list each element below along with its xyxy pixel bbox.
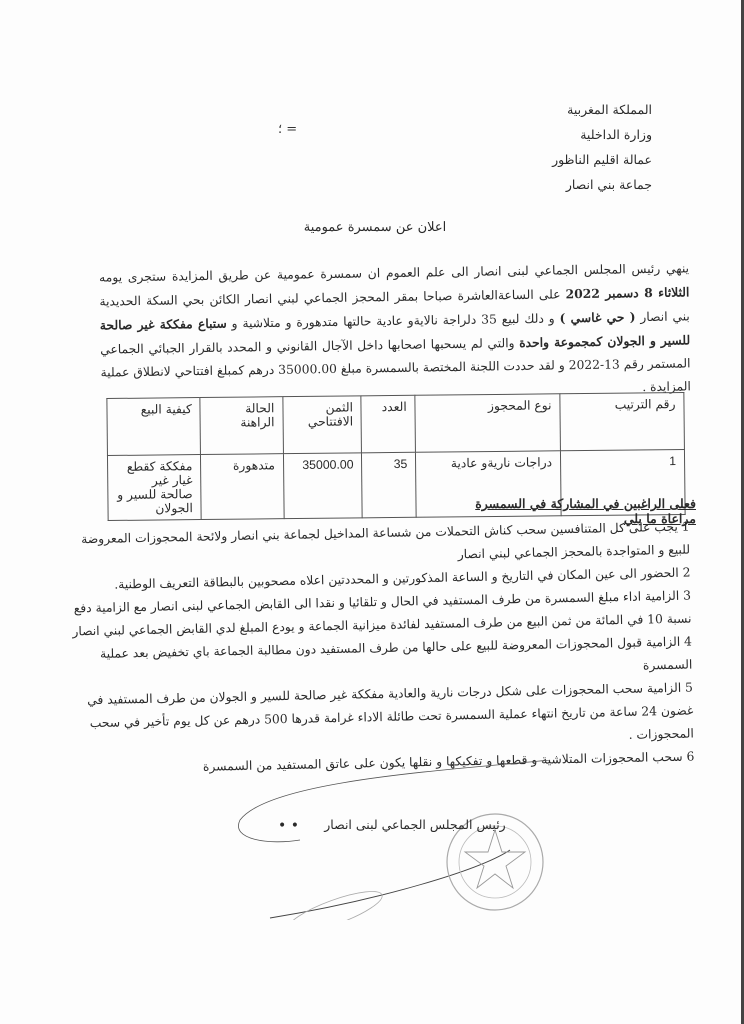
signature-dots: • • xyxy=(278,818,299,834)
document-title: اعلان عن سمسرة عمومية xyxy=(280,220,470,235)
conditions-list: 1 يجب على كل المتنافسين سحب كناش التحملا… xyxy=(69,516,694,782)
header-line-kingdom: المملكة المغربية xyxy=(432,97,652,122)
cell-condition: متدهورة xyxy=(201,454,284,520)
table-header-row: رقم الترتيب نوع المحجوز العدد الثمن الاف… xyxy=(107,392,685,455)
col-rank: رقم الترتيب xyxy=(560,392,685,450)
col-type: نوع المحجوز xyxy=(415,394,560,453)
intro-paragraph: ينهي رئيس المجلس الجماعي لبنى انصار الى … xyxy=(99,257,691,407)
cell-sale-method: مفككة كقطع غيار غير صالحة للسير و الجولا… xyxy=(107,455,201,521)
col-count: العدد xyxy=(361,395,415,453)
header-marks: ؛ = xyxy=(278,122,297,137)
col-condition: الحالة الراهنة xyxy=(200,397,283,455)
condition-item: 5 الزامية سحب المحجوزات على شكل درجات نا… xyxy=(73,677,694,759)
cell-count: 35 xyxy=(362,452,416,518)
intro-text-3: و دلك لبيع 35 دلراجة نالايةو عادية حالته… xyxy=(227,311,560,330)
header-line-ministry: وزارة الداخلية xyxy=(432,122,652,147)
district-name: ( حي غاسي ) xyxy=(559,309,635,325)
col-sale-method: كيفية البيع xyxy=(107,398,201,456)
scanned-document-page: المملكة المغربية وزارة الداخلية عمالة اق… xyxy=(0,0,744,1024)
intro-text-1: ينهي رئيس المجلس الجماعي لبنى انصار الى … xyxy=(99,261,689,284)
signature-title: رئيس المجلس الجماعي لبنى انصار xyxy=(320,817,510,832)
header-line-commune: جماعة بني انصار xyxy=(432,172,652,197)
document-header: المملكة المغربية وزارة الداخلية عمالة اق… xyxy=(432,97,652,197)
cell-opening-price: 35000.00 xyxy=(283,453,362,519)
auction-date: الثلاثاء 8 دسمبر 2022 xyxy=(565,284,689,301)
col-opening-price: الثمن الافتتاحي xyxy=(283,396,362,454)
header-line-prefecture: عمالة اقليم الناظور xyxy=(432,147,652,172)
